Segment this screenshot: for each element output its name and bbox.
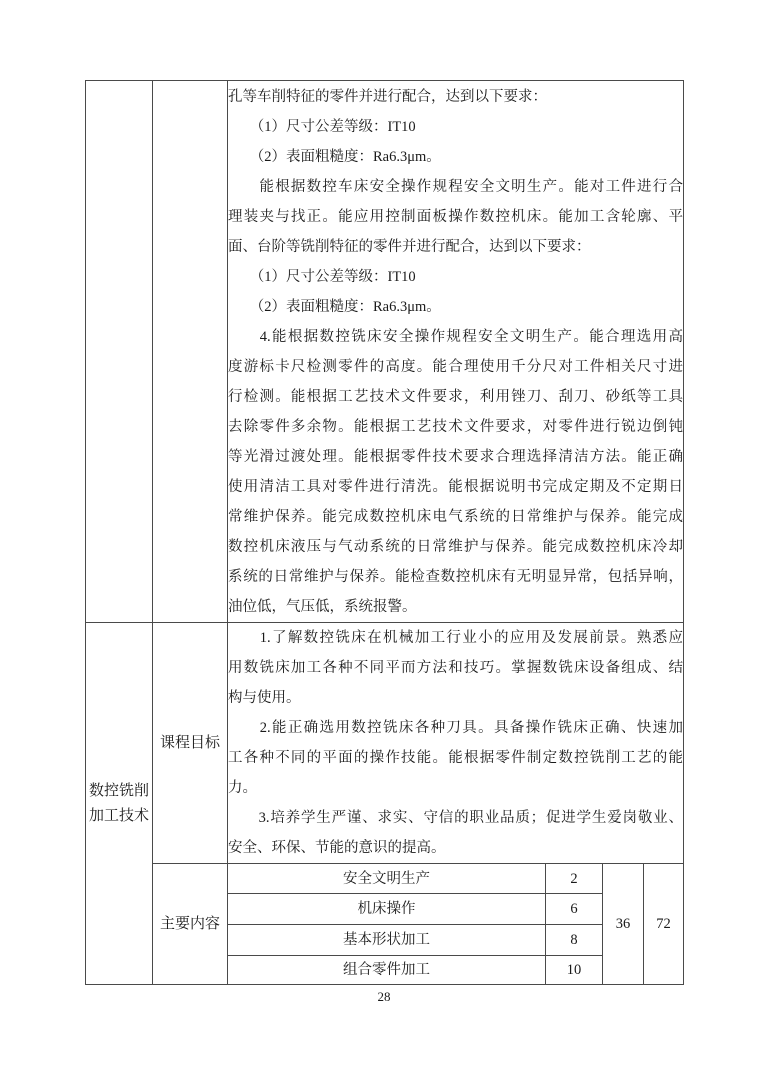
text-line: 用数铣床加工各种不同平而方法和技巧。掌握数铣床设备组成、结: [228, 653, 683, 683]
content-hours-cell: 2: [546, 864, 603, 894]
subtotal-hours-cell: 36: [603, 864, 644, 985]
table-row-objectives: 数控铣削加工技术 课程目标 1.了解数控铣床在机械加工行业小的应用及发展前景。熟…: [86, 623, 684, 864]
text-line: 油位低，气压低，系统报警。: [228, 592, 683, 622]
text-line: 工各种不同的平面的操作技能。能根据零件制定数控铣削工艺的能: [228, 743, 683, 773]
text-line: 孔等车削特征的零件并进行配合，达到以下要求：: [228, 82, 683, 112]
empty-label-cell: [153, 81, 228, 623]
objectives-text: 1.了解数控铣床在机械加工行业小的应用及发展前景。熟悉应用数铣床加工各种不同平而…: [228, 623, 683, 863]
text-line: （1）尺寸公差等级：IT10: [228, 262, 683, 292]
content-item-cell: 组合零件加工: [228, 956, 546, 985]
text-line: 4.能根据数控铣床安全操作规程安全文明生产。能合理选用高: [228, 322, 683, 352]
course-name-cell: 数控铣削加工技术: [86, 623, 153, 985]
content-hours-cell: 8: [546, 925, 603, 956]
content-hours-cell: 6: [546, 894, 603, 925]
text-line: 常维护保养。能完成数控机床电气系统的日常维护与保养。能完成: [228, 502, 683, 532]
text-line: 行检测。能根据工艺技术文件要求，利用锉刀、刮刀、砂纸等工具: [228, 382, 683, 412]
course-schedule-table: 孔等车削特征的零件并进行配合，达到以下要求： （1）尺寸公差等级：IT10 （2…: [85, 80, 684, 985]
text-line: 构与使用。: [228, 683, 683, 713]
text-line: （2）表面粗糙度：Ra6.3μm。: [228, 142, 683, 172]
text-line: （2）表面粗糙度：Ra6.3μm。: [228, 292, 683, 322]
content-row: 主要内容 安全文明生产 2 36 72: [86, 864, 684, 894]
text-line: 2.能正确选用数控铣床各种刀具。具备操作铣床正确、快速加: [228, 713, 683, 743]
requirements-text: 孔等车削特征的零件并进行配合，达到以下要求： （1）尺寸公差等级：IT10 （2…: [228, 82, 683, 622]
objectives-text-cell: 1.了解数控铣床在机械加工行业小的应用及发展前景。熟悉应用数铣床加工各种不同平而…: [228, 623, 684, 864]
text-line: 力。: [228, 773, 683, 803]
text-line: 面、台阶等铣削特征的零件并进行配合，达到以下要求：: [228, 232, 683, 262]
table-row-top: 孔等车削特征的零件并进行配合，达到以下要求： （1）尺寸公差等级：IT10 （2…: [86, 81, 684, 623]
empty-course-cell: [86, 81, 153, 623]
text-line: （1）尺寸公差等级：IT10: [228, 112, 683, 142]
requirements-text-cell: 孔等车削特征的零件并进行配合，达到以下要求： （1）尺寸公差等级：IT10 （2…: [228, 81, 684, 623]
text-line: 安全、环保、节能的意识的提高。: [228, 833, 683, 863]
text-line: 系统的日常维护与保养。能检查数控机床有无明显异常，包括异响，: [228, 562, 683, 592]
text-line: 去除零件多余物。能根据工艺技术文件要求，对零件进行锐边倒钝: [228, 412, 683, 442]
text-line: 数控机床液压与气动系统的日常维护与保养。能完成数控机床冷却: [228, 532, 683, 562]
text-line: 使用清洁工具对零件进行清洗。能根据说明书完成定期及不定期日: [228, 472, 683, 502]
page-number: 28: [85, 989, 683, 1005]
content-item-cell: 基本形状加工: [228, 925, 546, 956]
total-hours-cell: 72: [644, 864, 684, 985]
content-hours-cell: 10: [546, 956, 603, 985]
text-line: 度游标卡尺检测零件的高度。能合理使用千分尺对工件相关尺寸进: [228, 352, 683, 382]
text-line: 1.了解数控铣床在机械加工行业小的应用及发展前景。熟悉应: [228, 623, 683, 653]
text-line: 理装夹与找正。能应用控制面板操作数控机床。能加工含轮廓、平: [228, 202, 683, 232]
content-label-cell: 主要内容: [153, 864, 228, 985]
text-line: 能根据数控车床安全操作规程安全文明生产。能对工件进行合: [228, 172, 683, 202]
text-line: 等光滑过渡处理。能根据零件技术要求合理选择清洁方法。能正确: [228, 442, 683, 472]
content-item-cell: 安全文明生产: [228, 864, 546, 894]
text-line: 3.培养学生严谨、求实、守信的职业品质；促进学生爱岗敬业、: [228, 803, 683, 833]
objectives-label-cell: 课程目标: [153, 623, 228, 864]
document-page: 孔等车削特征的零件并进行配合，达到以下要求： （1）尺寸公差等级：IT10 （2…: [0, 0, 759, 1075]
content-item-cell: 机床操作: [228, 894, 546, 925]
